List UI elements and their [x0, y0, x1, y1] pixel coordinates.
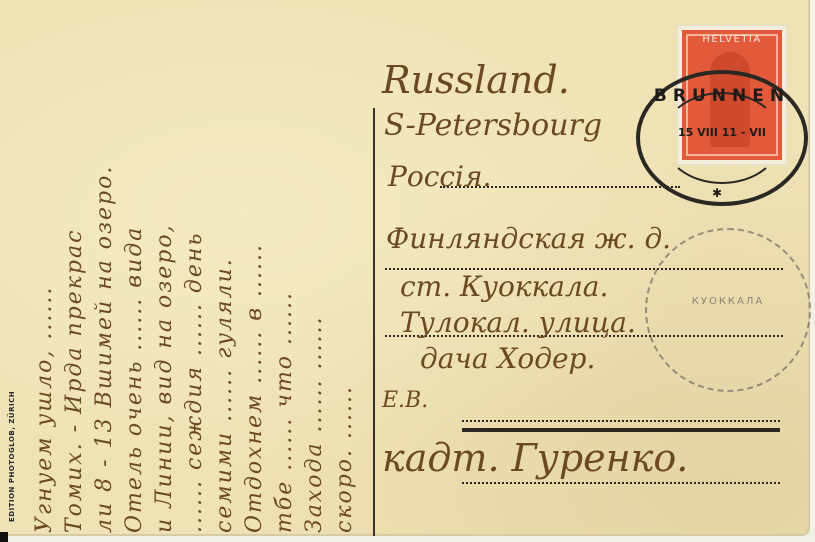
- scan-corner: [0, 532, 8, 542]
- message-line: скоро. ......: [332, 385, 357, 533]
- postcard: Угнуем ушло, ...... Томих. - Ирда прекра…: [0, 0, 810, 536]
- address-rule-bold: [462, 428, 780, 432]
- address-recipient: кадт. Гуренко.: [382, 436, 688, 480]
- publisher-imprint: EDITION PHOTOGLOB, ZÜRICH: [8, 391, 16, 522]
- message-line: семими ...... гуляли.: [212, 257, 237, 533]
- message-line: Отель очень ...... вида: [122, 226, 147, 533]
- address-station: ст. Куоккала.: [400, 270, 608, 303]
- address-country-ru: Россія.: [388, 160, 491, 193]
- handwritten-message: Угнуем ушло, ...... Томих. - Ирда прекра…: [30, 8, 360, 533]
- stamp-country: HELVETIA: [682, 34, 782, 45]
- address-city: S-Petersbourg: [384, 108, 602, 143]
- message-line: Захода ...... ......: [302, 316, 327, 533]
- postmark-city: BRUNNEN: [640, 86, 804, 106]
- address-rule: [462, 420, 780, 422]
- message-line: Угнуем ушло, ......: [32, 286, 57, 533]
- postmark-arrival-text: КУОККАЛА: [647, 296, 809, 307]
- message-line: ли 8 - 13 Вшимей на озеро.: [92, 165, 117, 533]
- address-street: Тулокал. улица.: [400, 306, 636, 339]
- address-honorific: Е.В.: [382, 388, 428, 413]
- postmark-date: 15 VIII 11 - VII: [640, 126, 804, 139]
- message-line: и Линии, вид на озеро,: [152, 223, 177, 533]
- postmark-arrival: КУОККАЛА: [645, 228, 811, 392]
- postmark-star-icon: ✱: [712, 186, 722, 200]
- center-divider-line: [373, 108, 375, 536]
- address-dacha: дача Ходер.: [420, 342, 595, 375]
- message-line: Отдохнем ...... в ......: [242, 243, 267, 533]
- message-line: тбе ...... что ......: [272, 291, 297, 533]
- address-rule: [462, 482, 780, 484]
- message-line: ...... сеждия ...... день: [182, 232, 207, 533]
- address-country: Russland.: [382, 58, 570, 102]
- message-line: Томих. - Ирда прекрас: [62, 229, 87, 533]
- postmark-brunnen: BRUNNEN 15 VIII 11 - VII ✱: [636, 70, 808, 206]
- address-railway: Финляндская ж. д.: [386, 222, 671, 255]
